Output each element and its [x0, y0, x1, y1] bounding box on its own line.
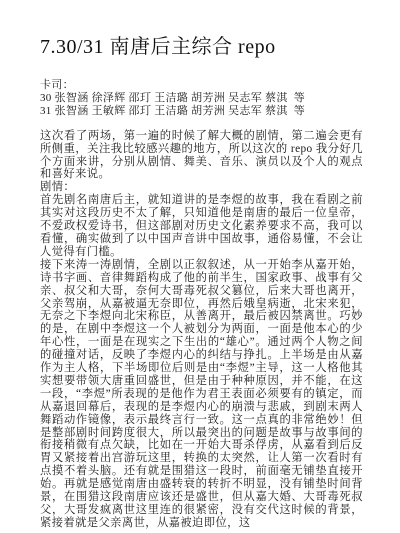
- plot-paragraph-1: 首先剧名南唐后主，就知道讲的是李煜的故事，我在看剧之前其实对这段历史不太了解，只…: [40, 194, 363, 259]
- document-page: 7.30/31 南唐后主综合 repo 卡司： 30 张智涵 徐泽辉 邵玎 王洁…: [0, 0, 400, 533]
- intro-paragraph: 这次看了两场，第一遍的时候了解大概的剧情，第二遍会更有所侧重，关注我比较感兴趣的…: [40, 130, 363, 182]
- page-title: 7.30/31 南唐后主综合 repo: [40, 30, 363, 59]
- section-heading-plot: 剧情：: [40, 181, 363, 194]
- cast-label: 卡司：: [40, 79, 363, 92]
- cast-row-30: 30 张智涵 徐泽辉 邵玎 王洁璐 胡芳洲 吴志军 蔡淇 等: [40, 92, 363, 105]
- review-body: 这次看了两场，第一遍的时候了解大概的剧情，第二遍会更有所侧重，关注我比较感兴趣的…: [40, 130, 363, 530]
- cast-row-31: 31 张智涵 王敏辉 邵玎 王洁璐 胡芳洲 吴志军 蔡淇 等: [40, 105, 363, 118]
- cast-section: 卡司： 30 张智涵 徐泽辉 邵玎 王洁璐 胡芳洲 吴志军 蔡淇 等 31 张智…: [40, 79, 363, 118]
- plot-paragraph-2: 接下来涛一涛剧情，全剧以正叙叙述，从一开始李从嘉开始，诗书字画、音律舞蹈构成了他…: [40, 259, 363, 530]
